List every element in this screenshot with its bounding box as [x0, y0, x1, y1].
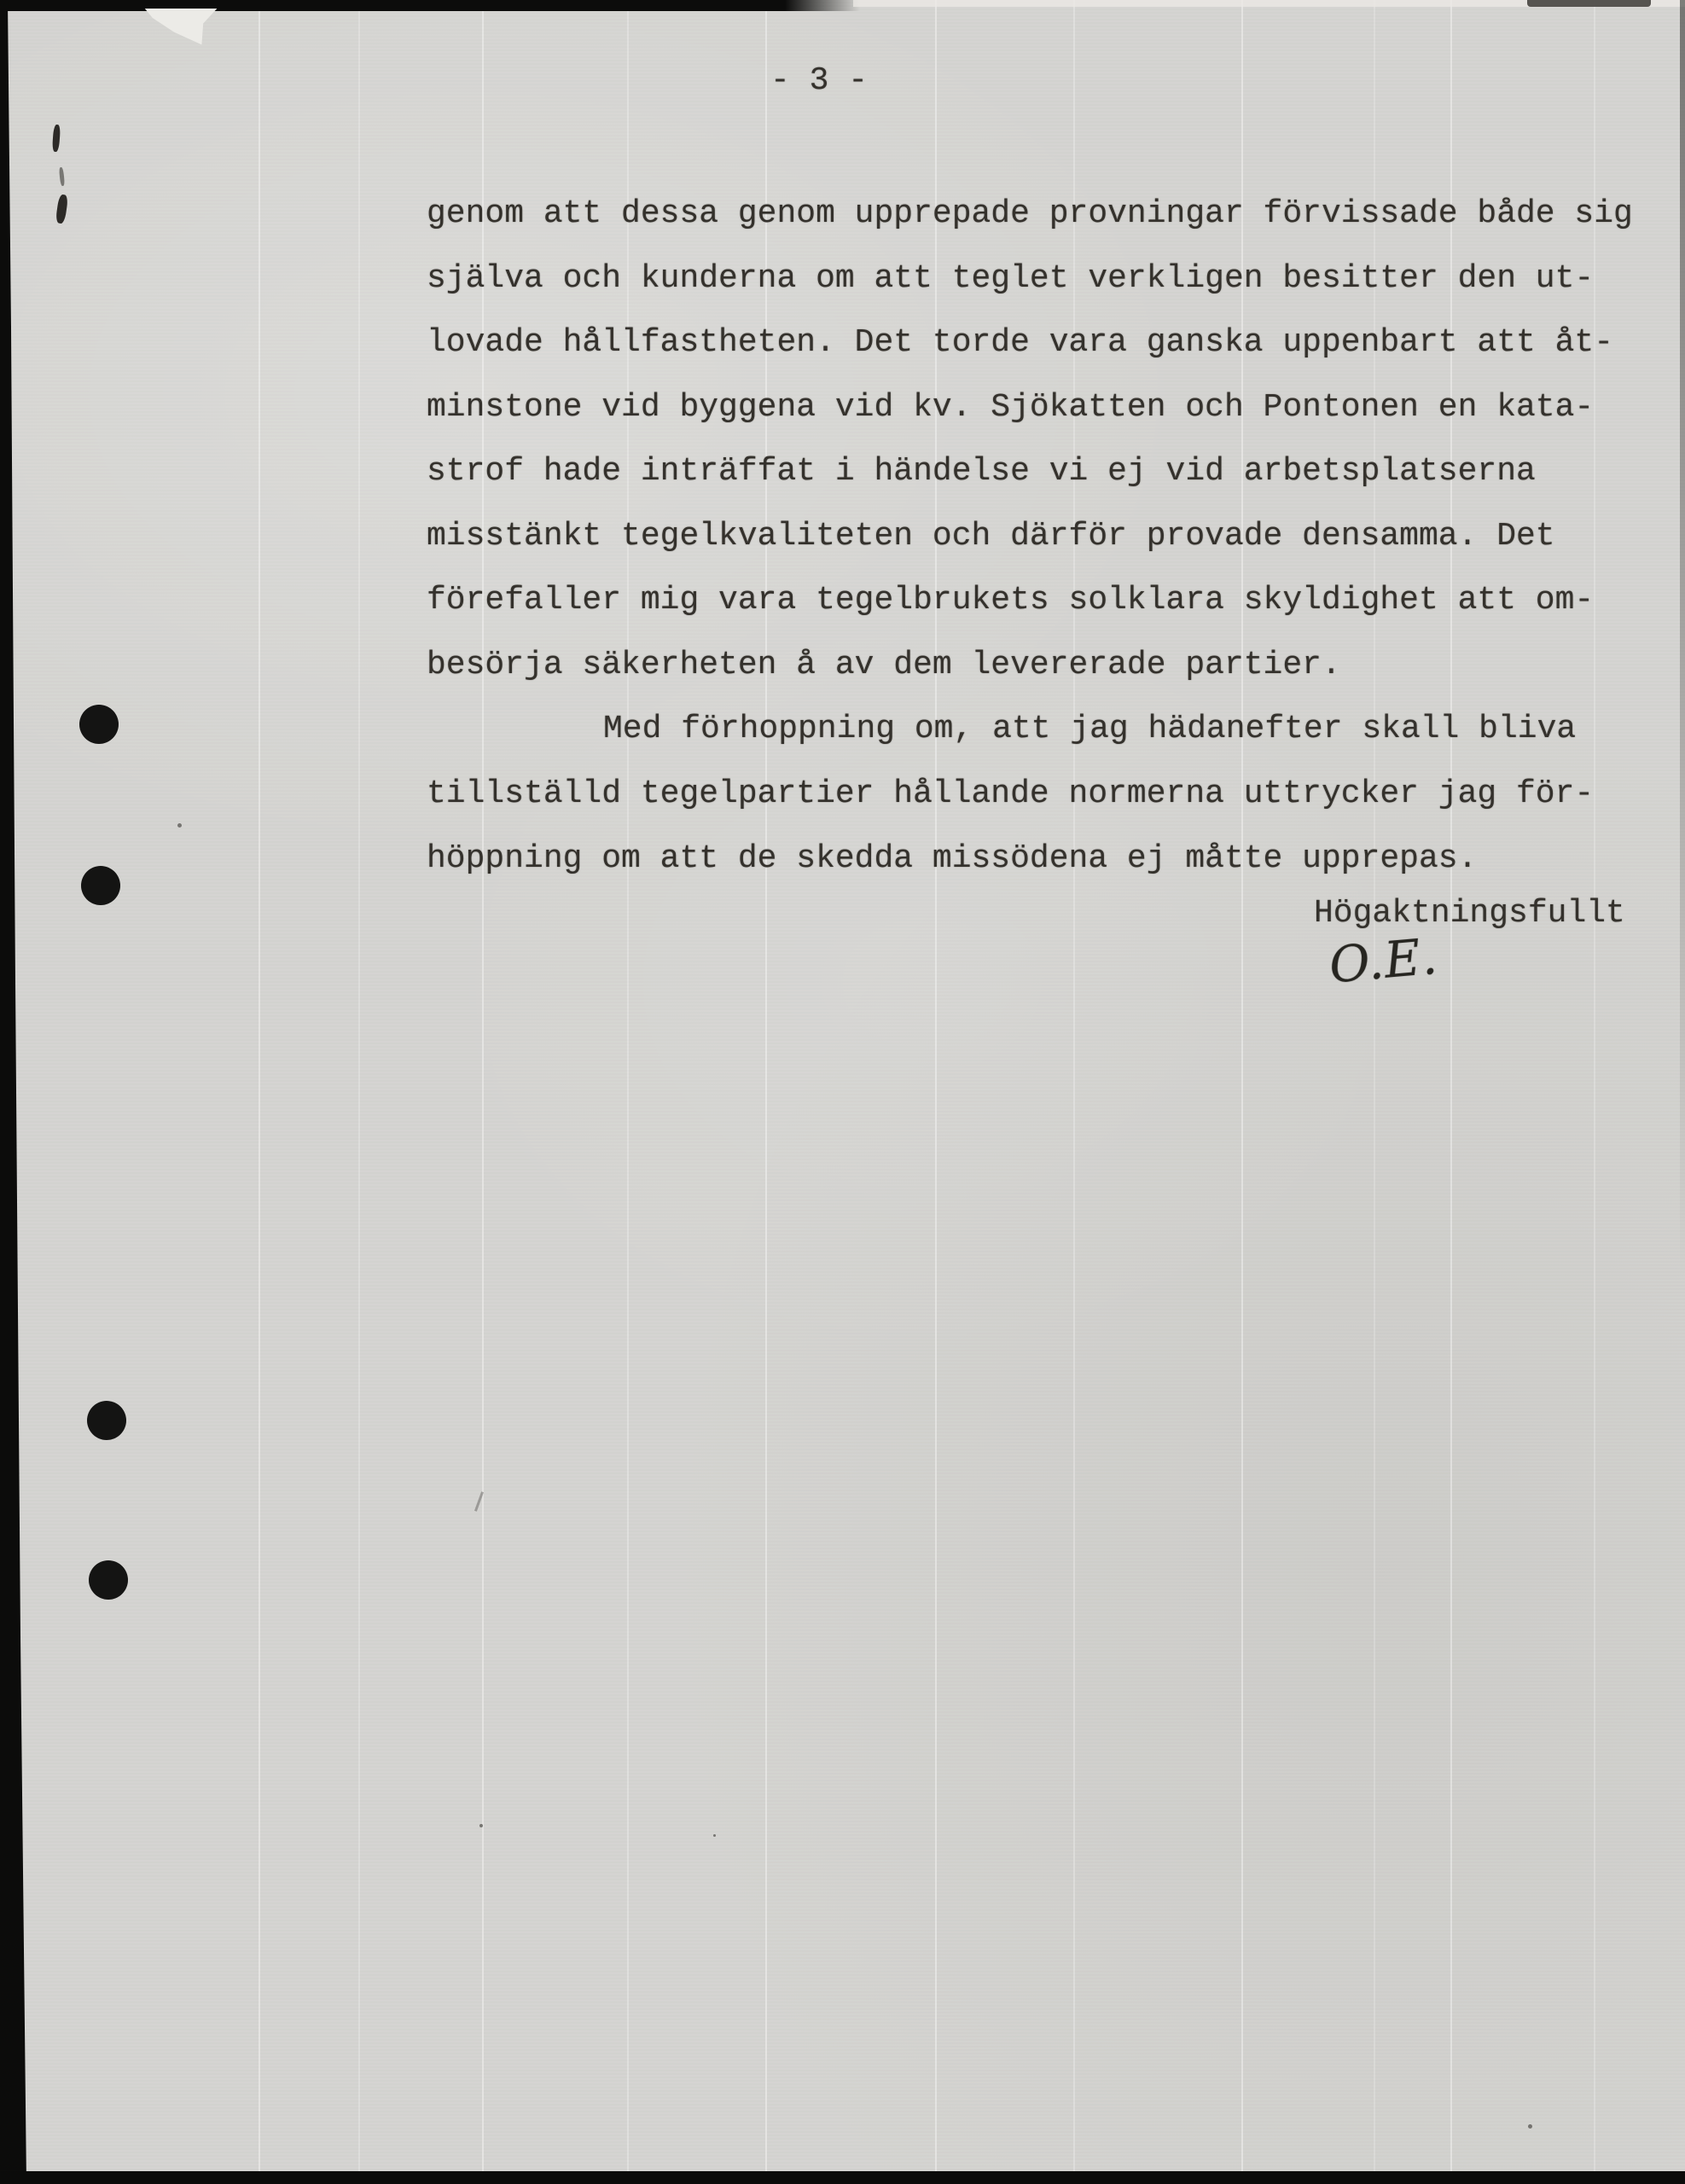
- signature-handwritten: O.E.: [1327, 927, 1440, 995]
- speck: [1528, 2124, 1532, 2129]
- body-line: genom att dessa genom upprepade provning…: [427, 195, 1633, 234]
- punch-hole: [79, 705, 119, 744]
- punch-hole: [89, 1560, 128, 1600]
- scanned-letter-page: - 3 - genom att dessa genom upprepade pr…: [0, 0, 1685, 2184]
- body-line: förefaller mig vara tegelbrukets solklar…: [427, 581, 1594, 620]
- body-line: höppning om att de skedda missödena ej m…: [427, 839, 1477, 879]
- closing-salutation: Högaktningsfullt: [1314, 894, 1625, 933]
- scan-edge-right: [1680, 0, 1685, 1280]
- body-line: misstänkt tegelkvaliteten och därför pro…: [427, 517, 1555, 556]
- punch-hole: [87, 1401, 126, 1440]
- body-line: minstone vid byggena vid kv. Sjökatten o…: [427, 388, 1594, 427]
- body-line: besörja säkerheten å av dem levererade p…: [427, 646, 1341, 685]
- body-line: lovade hållfastheten. Det torde vara gan…: [427, 323, 1613, 363]
- body-line-indented: Med förhoppning om, att jag hädanefter s…: [603, 710, 1576, 749]
- scan-edge-bottom: [0, 2171, 1685, 2184]
- scan-edge-smudge: [1527, 0, 1651, 7]
- body-line: strof hade inträffat i händelse vi ej vi…: [427, 452, 1536, 491]
- speck: [713, 1834, 716, 1837]
- scan-streak: [358, 0, 360, 2184]
- body-line: själva och kunderna om att teglet verkli…: [427, 259, 1594, 299]
- punch-hole: [81, 866, 120, 905]
- page-number: - 3 -: [770, 61, 868, 101]
- scan-streak: [259, 0, 260, 2184]
- body-line: tillställd tegelpartier hållande normern…: [427, 775, 1594, 814]
- speck: [479, 1824, 483, 1827]
- scan-edge-top: [0, 0, 862, 11]
- speck: [177, 823, 182, 828]
